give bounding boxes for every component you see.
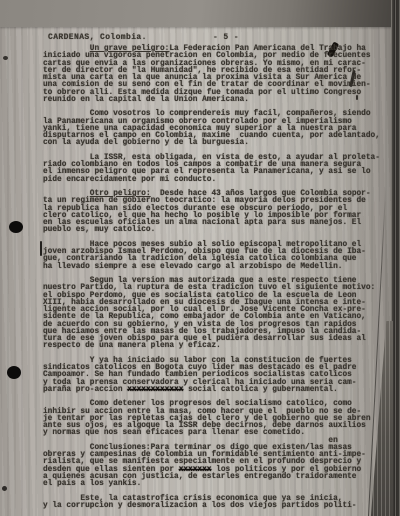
typewritten-line: ha llevado siempre a ese elevado cargo a… xyxy=(43,264,392,271)
scanned-document-page: CARDENAS, Colombia. - 5 - Un grave pelig… xyxy=(0,0,400,516)
typewritten-line: con la ayuda del gobierno y de la burgue… xyxy=(43,140,392,147)
page-number: - 5 - xyxy=(213,33,239,42)
document-text: Un grave peligro:La Federacion Pan Ameri… xyxy=(0,46,392,510)
typewritten-line: el pais a los yankis. xyxy=(43,481,392,488)
typewritten-line: paraña pro-accion xxxxxxxxxxxx social ca… xyxy=(43,387,392,394)
location-header: CARDENAS, Colombia. xyxy=(48,33,147,42)
scan-top-shadow-band xyxy=(0,0,400,27)
typewritten-line: respecto de una manera plena y eficaz. xyxy=(43,343,392,350)
typewritten-line: reunido en la capital de la Union Americ… xyxy=(43,97,392,104)
typewritten-line: pueblo es, muy catolico. xyxy=(43,227,392,234)
typewritten-line: y la corrupcion y desmoralizacion a los … xyxy=(43,503,392,510)
typewritten-line: pide encarecidamente por mi conducto. xyxy=(43,177,392,184)
